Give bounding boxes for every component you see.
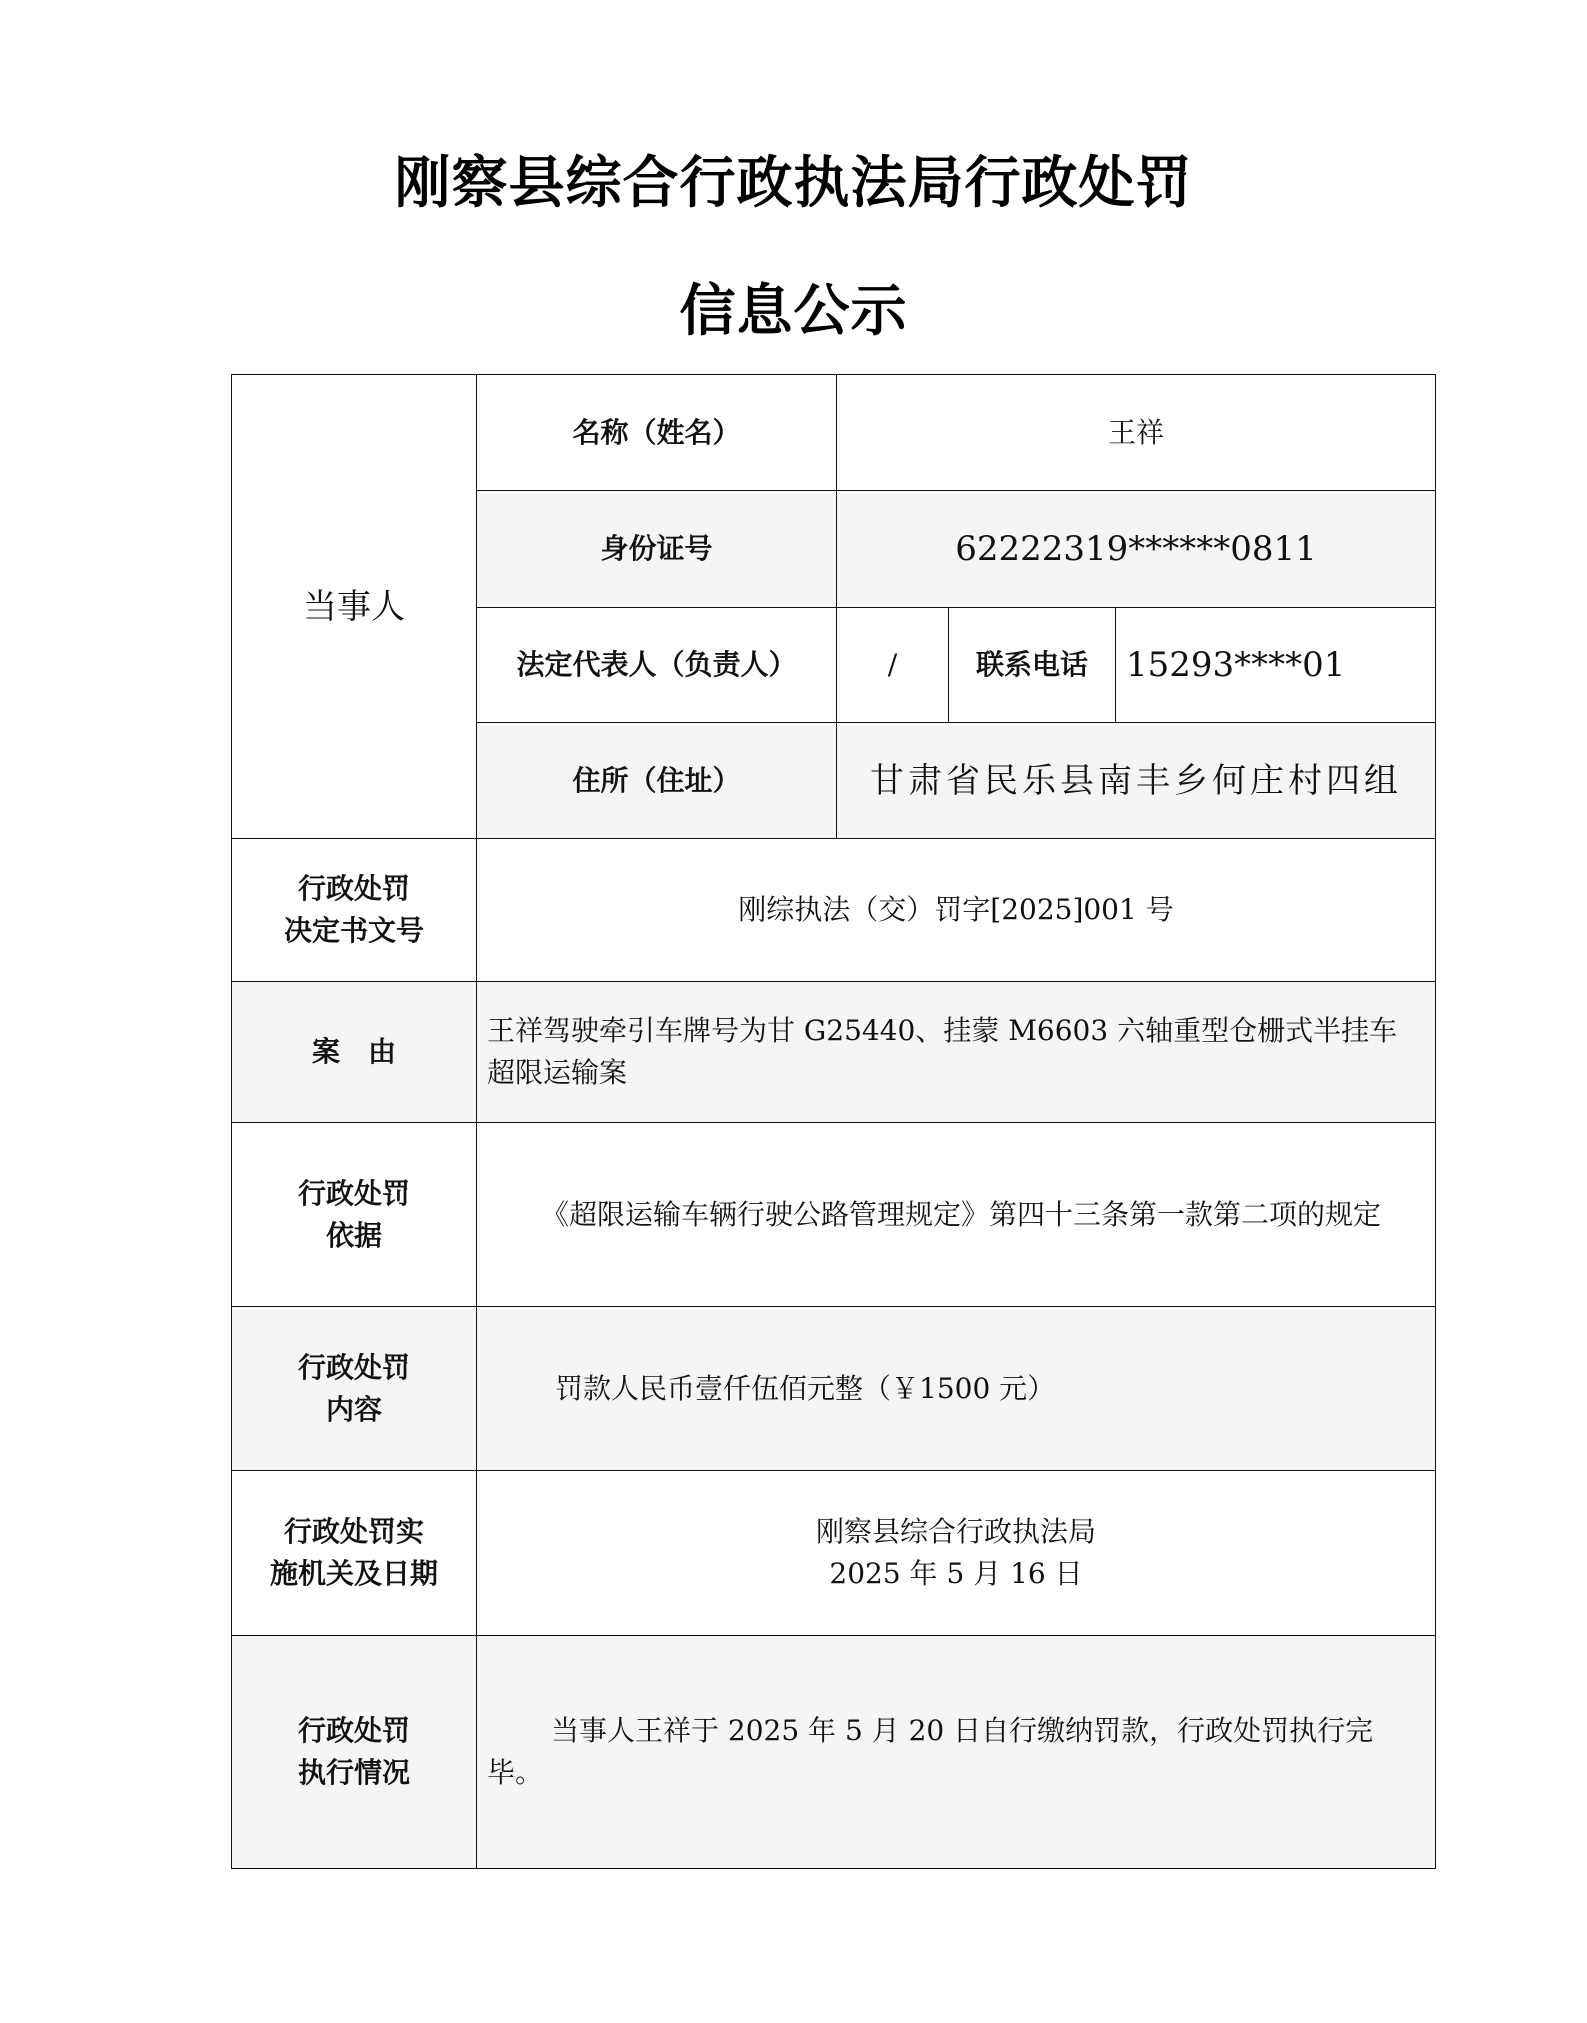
execution-status-text: 当事人王祥于 2025 年 5 月 20 日自行缴纳罚款，行政处罚执行完毕。: [477, 1710, 1435, 1794]
penalty-content-value: 罚款人民币壹仟伍佰元整（￥1500 元）: [476, 1306, 1436, 1471]
label-line: 施机关及日期: [270, 1553, 438, 1595]
execution-status-label: 行政处罚 执行情况: [231, 1635, 477, 1869]
name-value: 王祥: [836, 374, 1436, 491]
id-number-value: 62222319******0811: [836, 490, 1436, 608]
case-cause-text: 王祥驾驶牵引车牌号为甘 G25440、挂蒙 M6603 六轴重型仓栅式半挂车超限…: [477, 1010, 1435, 1094]
label-line: 内容: [326, 1389, 382, 1431]
authority-name: 刚察县综合行政执法局: [816, 1511, 1096, 1553]
label-line: 行政处罚: [298, 1173, 410, 1215]
document-title: 刚察县综合行政执法局行政处罚: [0, 152, 1587, 216]
address-label: 住所（住址）: [476, 722, 837, 839]
authority-date-label: 行政处罚实 施机关及日期: [231, 1470, 477, 1636]
phone-label: 联系电话: [948, 607, 1116, 723]
label-line: 执行情况: [298, 1752, 410, 1794]
penalty-basis-label: 行政处罚 依据: [231, 1122, 477, 1307]
authority-date-value: 刚察县综合行政执法局 2025 年 5 月 16 日: [476, 1470, 1436, 1636]
label-line: 行政处罚: [298, 1710, 410, 1752]
case-cause-label: 案 由: [231, 981, 477, 1123]
penalty-content-label: 行政处罚 内容: [231, 1306, 477, 1471]
label-line: 依据: [326, 1215, 382, 1257]
id-number-label: 身份证号: [476, 490, 837, 608]
phone-value: 15293****01: [1115, 607, 1436, 723]
document-subtitle: 信息公示: [0, 280, 1587, 344]
name-label: 名称（姓名）: [476, 374, 837, 491]
penalty-basis-value: 《超限运输车辆行驶公路管理规定》第四十三条第一款第二项的规定: [476, 1122, 1436, 1307]
case-cause-value: 王祥驾驶牵引车牌号为甘 G25440、挂蒙 M6603 六轴重型仓栅式半挂车超限…: [476, 981, 1436, 1123]
decision-number-value: 刚综执法（交）罚字[2025]001 号: [476, 838, 1436, 982]
execution-status-value: 当事人王祥于 2025 年 5 月 20 日自行缴纳罚款，行政处罚执行完毕。: [476, 1635, 1436, 1869]
legal-representative-value: /: [836, 607, 949, 723]
party-section-label: 当事人: [231, 374, 477, 839]
label-line: 行政处罚: [298, 868, 410, 910]
label-line: 决定书文号: [284, 910, 424, 952]
legal-representative-label: 法定代表人（负责人）: [476, 607, 837, 723]
address-value: 甘肃省民乐县南丰乡何庄村四组: [836, 722, 1436, 839]
decision-date: 2025 年 5 月 16 日: [829, 1553, 1082, 1595]
label-line: 行政处罚: [298, 1347, 410, 1389]
label-line: 行政处罚实: [284, 1511, 424, 1553]
decision-number-label: 行政处罚 决定书文号: [231, 838, 477, 982]
